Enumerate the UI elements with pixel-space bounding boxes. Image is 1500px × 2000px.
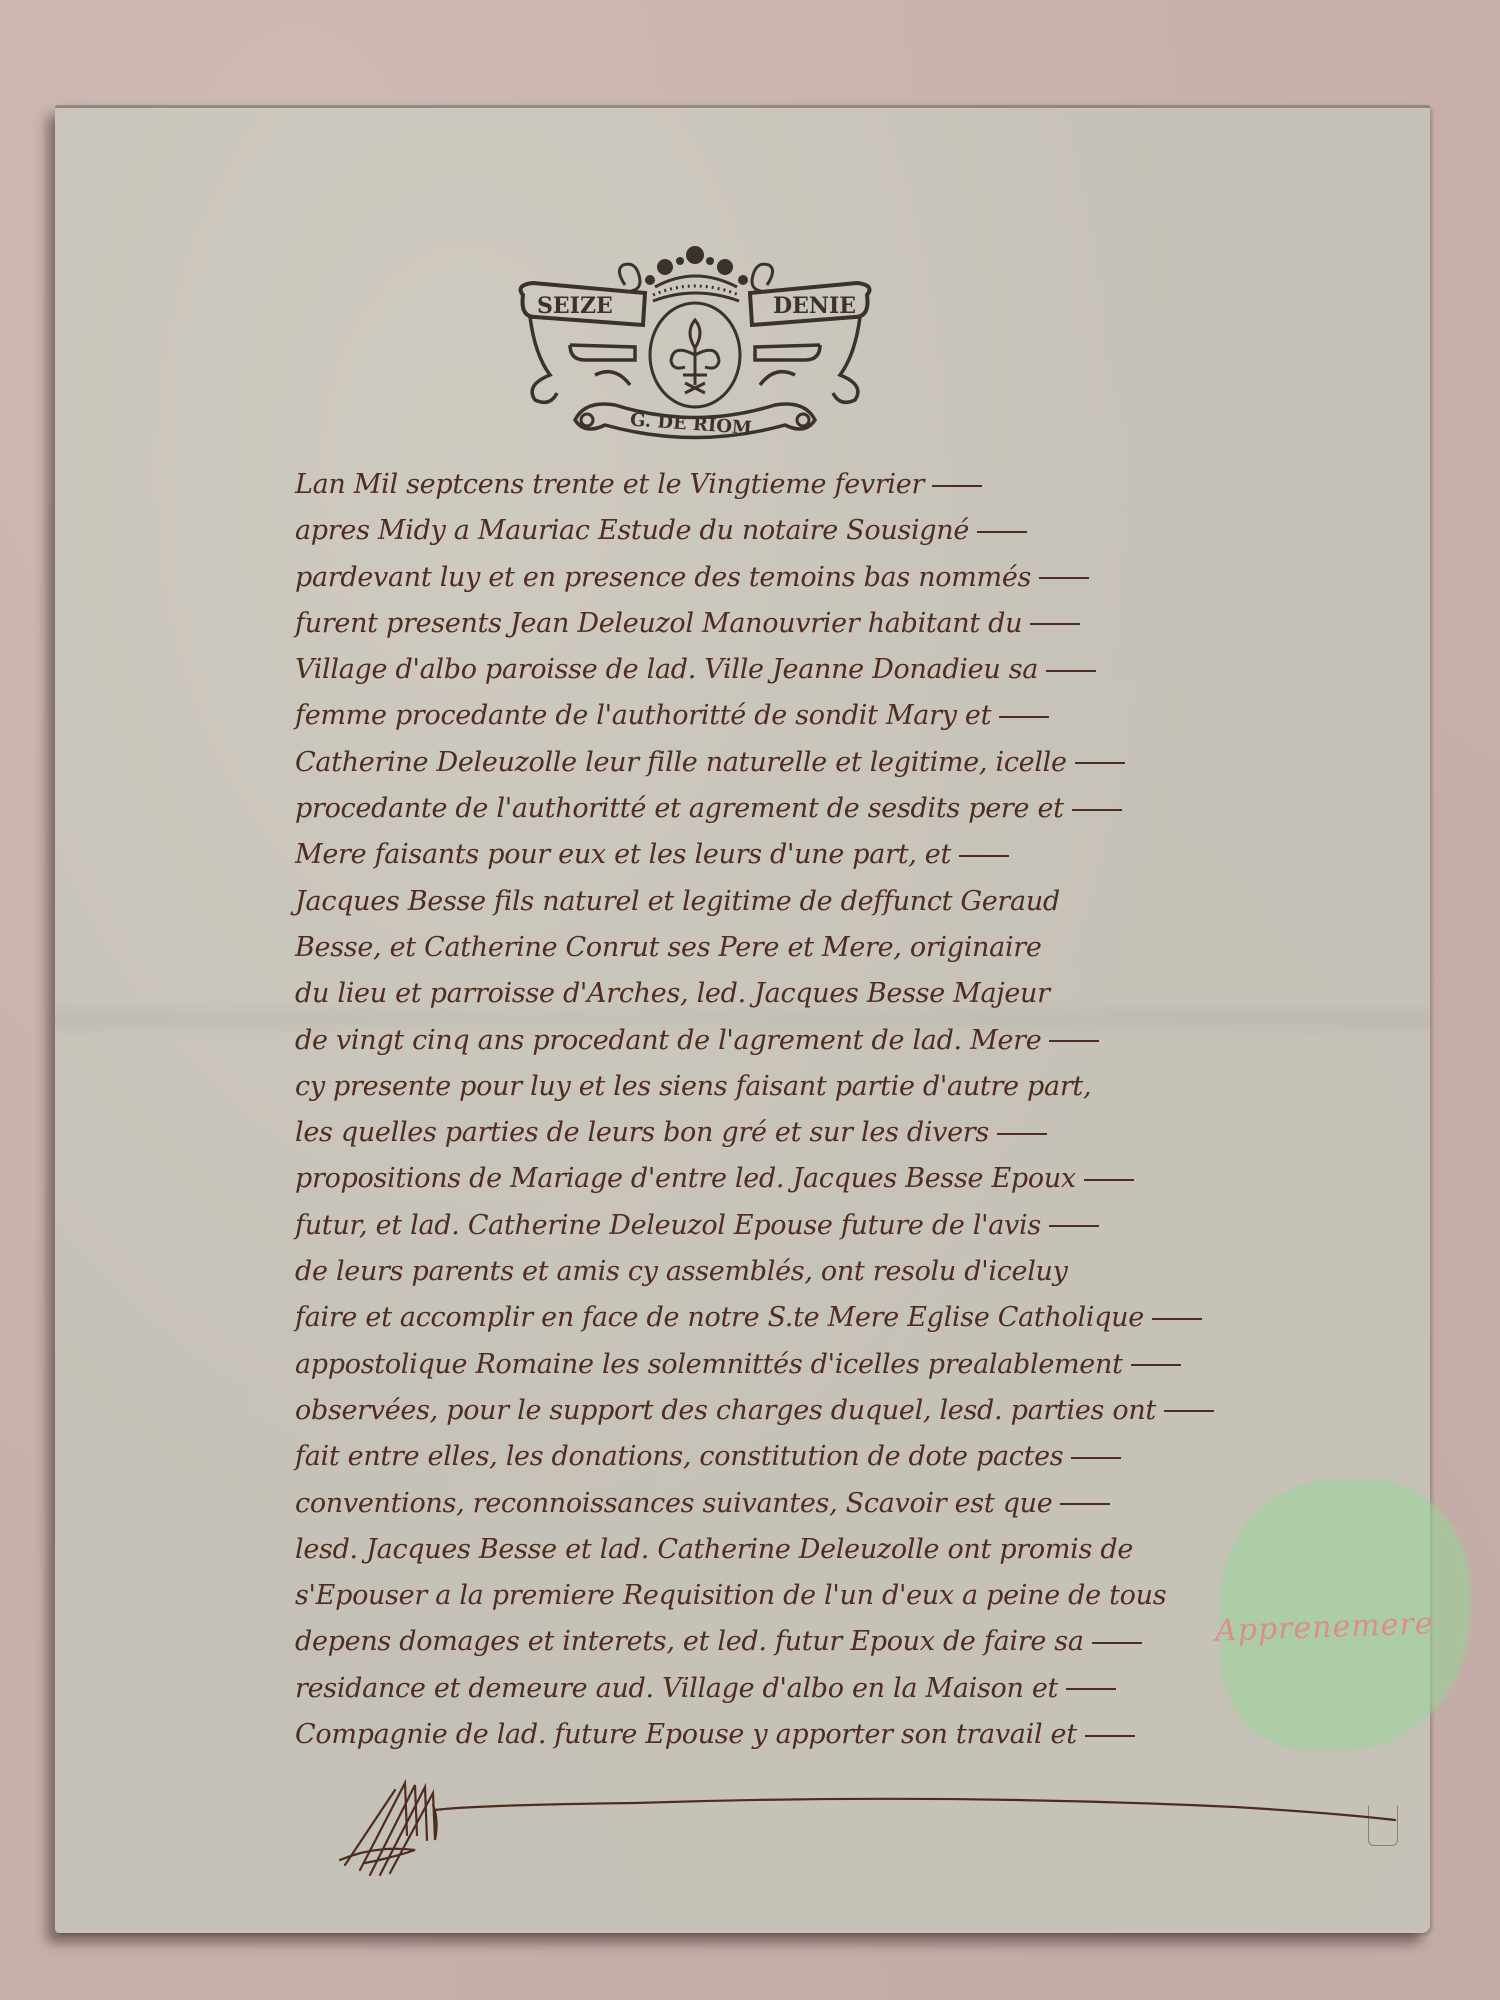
paper-edge [55, 105, 1430, 108]
manuscript-line: Mere faisants pour eux et les leurs d'un… [295, 832, 1395, 878]
line-filler-dash [1075, 762, 1125, 764]
manuscript-line: observées, pour le support des charges d… [295, 1388, 1395, 1434]
line-filler-dash [1092, 1642, 1142, 1644]
manuscript-line: furent presents Jean Deleuzol Manouvrier… [295, 601, 1395, 647]
manuscript-line-text: faire et accomplir en face de notre S.te… [295, 1302, 1144, 1333]
manuscript-line-text: de vingt cinq ans procedant de l'agremen… [295, 1025, 1041, 1056]
manuscript-line-text: s'Epouser a la premiere Requisition de l… [295, 1580, 1166, 1611]
manuscript-line: procedante de l'authoritté et agrement d… [295, 786, 1395, 832]
manuscript-line: propositions de Mariage d'entre led. Jac… [295, 1156, 1395, 1202]
line-filler-dash [1084, 1179, 1134, 1181]
manuscript-line-text: appostolique Romaine les solemnittés d'i… [295, 1349, 1123, 1380]
line-filler-dash [1072, 809, 1122, 811]
manuscript-line-text: pardevant luy et en presence des temoins… [295, 562, 1031, 593]
manuscript-line-text: futur, et lad. Catherine Deleuzol Epouse… [295, 1210, 1041, 1241]
manuscript-line: faire et accomplir en face de notre S.te… [295, 1295, 1395, 1341]
manuscript-line: conventions, reconnoissances suivantes, … [295, 1481, 1395, 1527]
manuscript-line: cy presente pour luy et les siens faisan… [295, 1064, 1395, 1110]
notary-signature [335, 1775, 1435, 1885]
manuscript-line: pardevant luy et en presence des temoins… [295, 555, 1395, 601]
manuscript-line: les quelles parties de leurs bon gré et … [295, 1110, 1395, 1156]
manuscript-line-text: fait entre elles, les donations, constit… [295, 1441, 1063, 1472]
manuscript-line: de vingt cinq ans procedant de l'agremen… [295, 1018, 1395, 1064]
manuscript-line-text: Lan Mil septcens trente et le Vingtieme … [295, 469, 924, 500]
manuscript-line: appostolique Romaine les solemnittés d'i… [295, 1342, 1395, 1388]
manuscript-line-text: les quelles parties de leurs bon gré et … [295, 1117, 989, 1148]
line-filler-dash [1049, 1040, 1099, 1042]
manuscript-line: apres Midy a Mauriac Estude du notaire S… [295, 508, 1395, 554]
manuscript-line-text: furent presents Jean Deleuzol Manouvrier… [295, 608, 1022, 639]
line-filler-dash [1131, 1364, 1181, 1366]
manuscript-line: femme procedante de l'authoritté de sond… [295, 693, 1395, 739]
line-filler-dash [1071, 1457, 1121, 1459]
line-filler-dash [1030, 623, 1080, 625]
line-filler-dash [1164, 1410, 1214, 1412]
manuscript-line: Jacques Besse fils naturel et legitime d… [295, 879, 1395, 925]
manuscript-line: futur, et lad. Catherine Deleuzol Epouse… [295, 1203, 1395, 1249]
signature-flourish-icon [335, 1775, 1435, 1885]
manuscript-line-text: propositions de Mariage d'entre led. Jac… [295, 1163, 1076, 1194]
line-filler-dash [1085, 1735, 1135, 1737]
manuscript-line-text: residance et demeure aud. Village d'albo… [295, 1673, 1058, 1704]
stamp-text-left: SEIZE [537, 293, 613, 319]
manuscript-line-text: Jacques Besse fils naturel et legitime d… [295, 886, 1060, 917]
manuscript-line-text: observées, pour le support des charges d… [295, 1395, 1156, 1426]
line-filler-dash [1046, 670, 1096, 672]
fleur-de-lis-crown-icon: SEIZE DENIE G. DE RIOM [505, 225, 885, 440]
manuscript-line-text: du lieu et parroisse d'Arches, led. Jacq… [295, 978, 1050, 1009]
manuscript-line: de leurs parents et amis cy assemblés, o… [295, 1249, 1395, 1295]
line-filler-dash [1049, 1225, 1099, 1227]
manuscript-line-text: cy presente pour luy et les siens faisan… [295, 1071, 1091, 1102]
manuscript-line-text: depens domages et interets, et led. futu… [295, 1626, 1084, 1657]
manuscript-line: fait entre elles, les donations, constit… [295, 1434, 1395, 1480]
manuscript-line: lesd. Jacques Besse et lad. Catherine De… [295, 1527, 1395, 1573]
manuscript-line: Lan Mil septcens trente et le Vingtieme … [295, 462, 1395, 508]
manuscript-line-text: de leurs parents et amis cy assemblés, o… [295, 1256, 1068, 1287]
manuscript-line: Catherine Deleuzolle leur fille naturell… [295, 740, 1395, 786]
paper-corner-mark [1368, 1805, 1398, 1846]
tax-stamp: SEIZE DENIE G. DE RIOM [505, 225, 885, 440]
manuscript-line: du lieu et parroisse d'Arches, led. Jacq… [295, 971, 1395, 1017]
manuscript-line-text: femme procedante de l'authoritté de sond… [295, 700, 991, 731]
manuscript-line-text: conventions, reconnoissances suivantes, … [295, 1488, 1052, 1519]
manuscript-line-text: Compagnie de lad. future Epouse y apport… [295, 1719, 1077, 1750]
manuscript-line-text: lesd. Jacques Besse et lad. Catherine De… [295, 1534, 1133, 1565]
manuscript-text: Lan Mil septcens trente et le Vingtieme … [295, 462, 1395, 1758]
line-filler-dash [959, 855, 1009, 857]
line-filler-dash [1039, 577, 1089, 579]
manuscript-line-text: Catherine Deleuzolle leur fille naturell… [295, 747, 1067, 778]
manuscript-line: Besse, et Catherine Conrut ses Pere et M… [295, 925, 1395, 971]
manuscript-line: Village d'albo paroisse de lad. Ville Je… [295, 647, 1395, 693]
line-filler-dash [1060, 1503, 1110, 1505]
manuscript-line: Compagnie de lad. future Epouse y apport… [295, 1712, 1395, 1758]
line-filler-dash [999, 716, 1049, 718]
line-filler-dash [997, 1133, 1047, 1135]
manuscript-line-text: Mere faisants pour eux et les leurs d'un… [295, 839, 951, 870]
stamp-text-right: DENIE [773, 293, 856, 319]
line-filler-dash [1152, 1318, 1202, 1320]
manuscript-line-text: Village d'albo paroisse de lad. Ville Je… [295, 654, 1038, 685]
manuscript-line-text: apres Midy a Mauriac Estude du notaire S… [295, 515, 969, 546]
line-filler-dash [1066, 1688, 1116, 1690]
line-filler-dash [977, 531, 1027, 533]
manuscript-line-text: Besse, et Catherine Conrut ses Pere et M… [295, 932, 1042, 963]
line-filler-dash [932, 485, 982, 487]
manuscript-line: residance et demeure aud. Village d'albo… [295, 1666, 1395, 1712]
manuscript-line-text: procedante de l'authoritté et agrement d… [295, 793, 1064, 824]
